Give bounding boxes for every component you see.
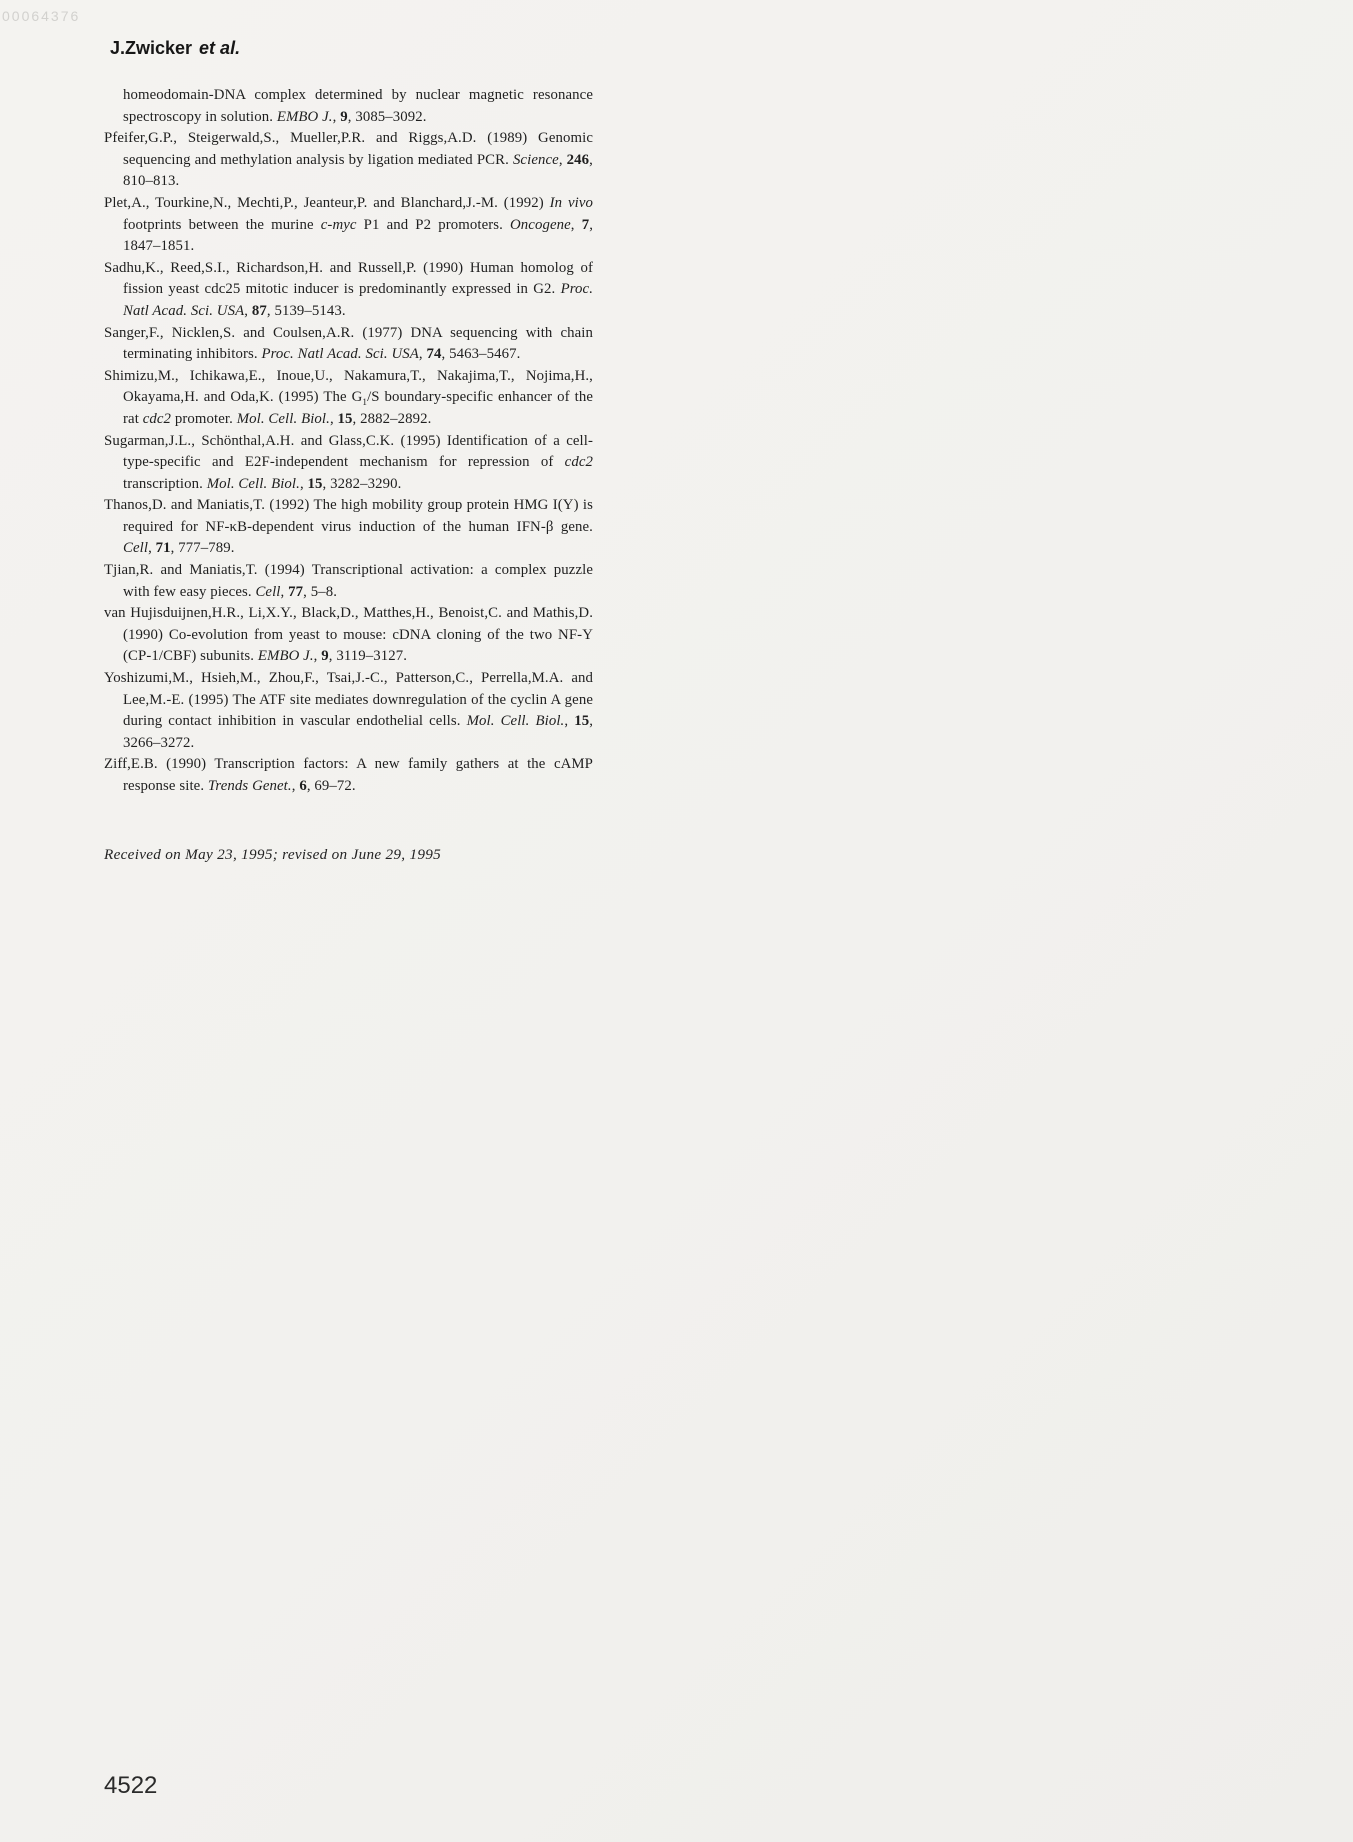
reference-entry: Yoshizumi,M., Hsieh,M., Zhou,F., Tsai,J.…	[104, 668, 593, 754]
reference-entry: Tjian,R. and Maniatis,T. (1994) Transcri…	[104, 560, 593, 603]
reference-entry: Sugarman,J.L., Schönthal,A.H. and Glass,…	[104, 431, 593, 496]
reference-entry: Shimizu,M., Ichikawa,E., Inoue,U., Nakam…	[104, 366, 593, 431]
reference-entry: Pfeifer,G.P., Steigerwald,S., Mueller,P.…	[104, 128, 593, 193]
scan-artifact-number: 00064376	[2, 8, 80, 24]
reference-entry: Plet,A., Tourkine,N., Mechti,P., Jeanteu…	[104, 193, 593, 258]
reference-entry: Ziff,E.B. (1990) Transcription factors: …	[104, 754, 593, 797]
running-head-authors: J.Zwicker	[110, 38, 192, 58]
reference-entry: homeodomain-DNA complex determined by nu…	[104, 85, 593, 128]
running-head: J.Zwickeret al.	[110, 38, 240, 59]
page-number: 4522	[104, 1772, 157, 1800]
running-head-et-al: et al.	[199, 38, 240, 58]
reference-entry: Thanos,D. and Maniatis,T. (1992) The hig…	[104, 495, 593, 560]
references-list: homeodomain-DNA complex determined by nu…	[104, 85, 593, 798]
scanned-paper-page: 00064376 J.Zwickeret al. homeodomain-DNA…	[0, 0, 1353, 1842]
reference-entry: van Hujisduijnen,H.R., Li,X.Y., Black,D.…	[104, 603, 593, 668]
received-revised-note: Received on May 23, 1995; revised on Jun…	[104, 846, 441, 864]
reference-entry: Sadhu,K., Reed,S.I., Richardson,H. and R…	[104, 258, 593, 323]
reference-entry: Sanger,F., Nicklen,S. and Coulsen,A.R. (…	[104, 323, 593, 366]
